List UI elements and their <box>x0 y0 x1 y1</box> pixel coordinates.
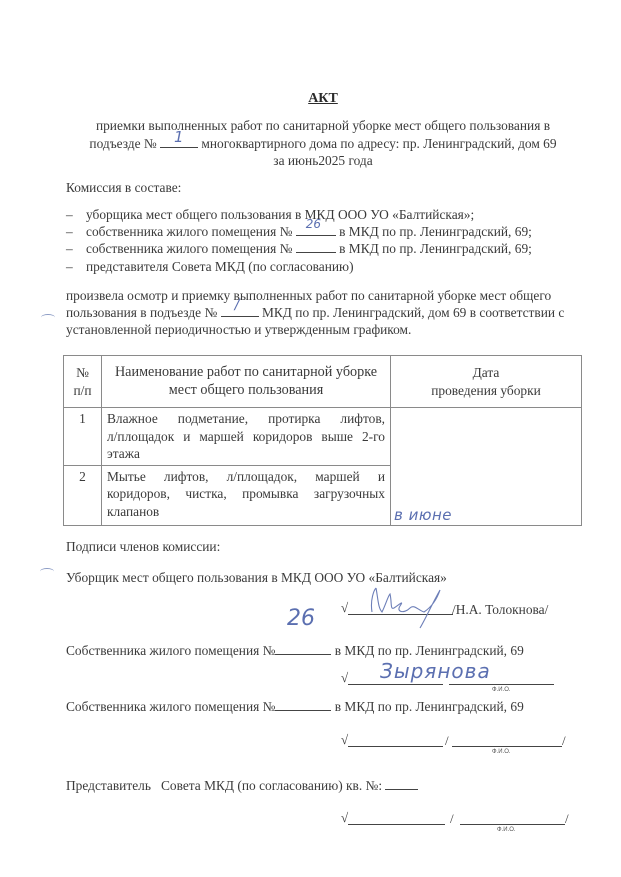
header-work-name: Наименование работ по санитарной уборке … <box>102 356 391 408</box>
header-date: Дата проведения уборки <box>391 356 582 408</box>
owner-1-fio-caption: Ф.И.О. <box>492 687 511 693</box>
body-line-2: пользования в подъезде № / МКД по пр. Ле… <box>66 305 564 321</box>
subtitle-suffix: многоквартирного дома по адресу: пр. Лен… <box>201 136 556 151</box>
table-row: 1 Влажное подметание, протирка лифтов, л… <box>64 408 582 466</box>
header-num: № п/п <box>64 356 102 408</box>
list-dash: – <box>66 241 86 257</box>
commission-member-cleaner: –уборщика мест общего пользования в МКД … <box>66 207 474 223</box>
slash-separator: / <box>450 811 454 827</box>
member-text: представителя Совета МКД (по согласовани… <box>86 259 354 274</box>
commission-member-council: –представителя Совета МКД (по согласован… <box>66 259 354 275</box>
works-table: № п/п Наименование работ по санитарной у… <box>63 355 582 526</box>
owner-2-apartment-field[interactable] <box>296 241 336 253</box>
entrance-number-field-2[interactable]: / <box>221 305 259 317</box>
owner-2-signature-line[interactable] <box>348 746 443 747</box>
owner-2-fio-line[interactable] <box>452 746 562 747</box>
body-line-1: произвела осмотр и приемку выполненных р… <box>66 288 551 304</box>
entrance-number-field[interactable]: 1 <box>160 136 198 148</box>
owner-2-label: Собственника жилого помещения № в МКД по… <box>66 699 524 715</box>
document-title: АКТ <box>0 91 621 107</box>
slash-separator: / <box>562 733 566 749</box>
handwritten-date: в июне <box>394 506 452 524</box>
council-rep-apartment-field[interactable] <box>385 778 418 790</box>
member-text-suffix: в МКД по пр. Ленинградский, 69; <box>339 241 532 256</box>
row-work-description: Влажное подметание, протирка лифтов, л/п… <box>102 408 391 466</box>
handwritten-apartment-number: 26 <box>306 217 321 231</box>
subtitle-period: за июнь2025 года <box>0 153 621 169</box>
cleaner-name: /Н.А. Толокнова/ <box>452 602 548 618</box>
slash-separator: / <box>565 811 569 827</box>
commission-member-owner-1: –собственника жилого помещения № 26 в МК… <box>66 224 532 240</box>
table-header-row: № п/п Наименование работ по санитарной у… <box>64 356 582 408</box>
subtitle-line-1: приемки выполненных работ по санитарной … <box>0 118 621 134</box>
margin-mark <box>41 314 55 321</box>
council-rep-signature-line[interactable] <box>348 824 445 825</box>
council-rep-label: Представитель Совета МКД (по согласовани… <box>66 778 418 794</box>
handwritten-entrance-mark: / <box>235 297 240 313</box>
row-num: 1 <box>64 408 102 466</box>
member-text: собственника жилого помещения № <box>86 224 292 239</box>
subtitle-line-2: подъезде № 1 многоквартирного дома по ад… <box>0 136 621 152</box>
body-line-3: установленной периодичностью и утвержден… <box>66 322 411 338</box>
owner-1-apartment-field[interactable]: 26 <box>296 224 336 236</box>
margin-mark <box>40 568 54 575</box>
row-work-description: Мытье лифтов, л/площадок, маршей и корид… <box>102 465 391 525</box>
body-suffix: МКД по пр. Ленинградский, дом 69 в соотв… <box>262 305 564 320</box>
member-text: уборщика мест общего пользования в МКД О… <box>86 207 474 222</box>
signatures-heading: Подписи членов комиссии: <box>66 539 220 555</box>
owner-1-label: Собственника жилого помещения № в МКД по… <box>66 643 524 659</box>
owner-2-fio-caption: Ф.И.О. <box>492 749 511 755</box>
owner-2-apartment-field[interactable] <box>275 699 331 711</box>
owner-1-fio-line[interactable] <box>449 684 554 685</box>
council-rep-fio-caption: Ф.И.О. <box>497 827 516 833</box>
subtitle-prefix: подъезде № <box>89 136 156 151</box>
member-text-suffix: в МКД по пр. Ленинградский, 69; <box>339 224 532 239</box>
owner-1-signature-line[interactable] <box>348 684 443 685</box>
list-dash: – <box>66 259 86 275</box>
handwritten-apartment-26: 26 <box>287 606 315 631</box>
commission-heading: Комиссия в составе: <box>66 180 181 196</box>
cleaner-signature <box>360 580 450 630</box>
date-cell[interactable]: в июне <box>391 408 582 526</box>
member-text: собственника жилого помещения № <box>86 241 292 256</box>
body-prefix: пользования в подъезде № <box>66 305 217 320</box>
owner-1-apartment-field[interactable] <box>275 643 331 655</box>
list-dash: – <box>66 224 86 240</box>
handwritten-entrance-number: 1 <box>174 128 184 146</box>
commission-member-owner-2: –собственника жилого помещения № в МКД п… <box>66 241 532 257</box>
list-dash: – <box>66 207 86 223</box>
council-rep-fio-line[interactable] <box>460 824 565 825</box>
owner-1-handwritten-signature: Зырянова <box>380 659 491 683</box>
row-num: 2 <box>64 465 102 525</box>
slash-separator: / <box>445 733 449 749</box>
